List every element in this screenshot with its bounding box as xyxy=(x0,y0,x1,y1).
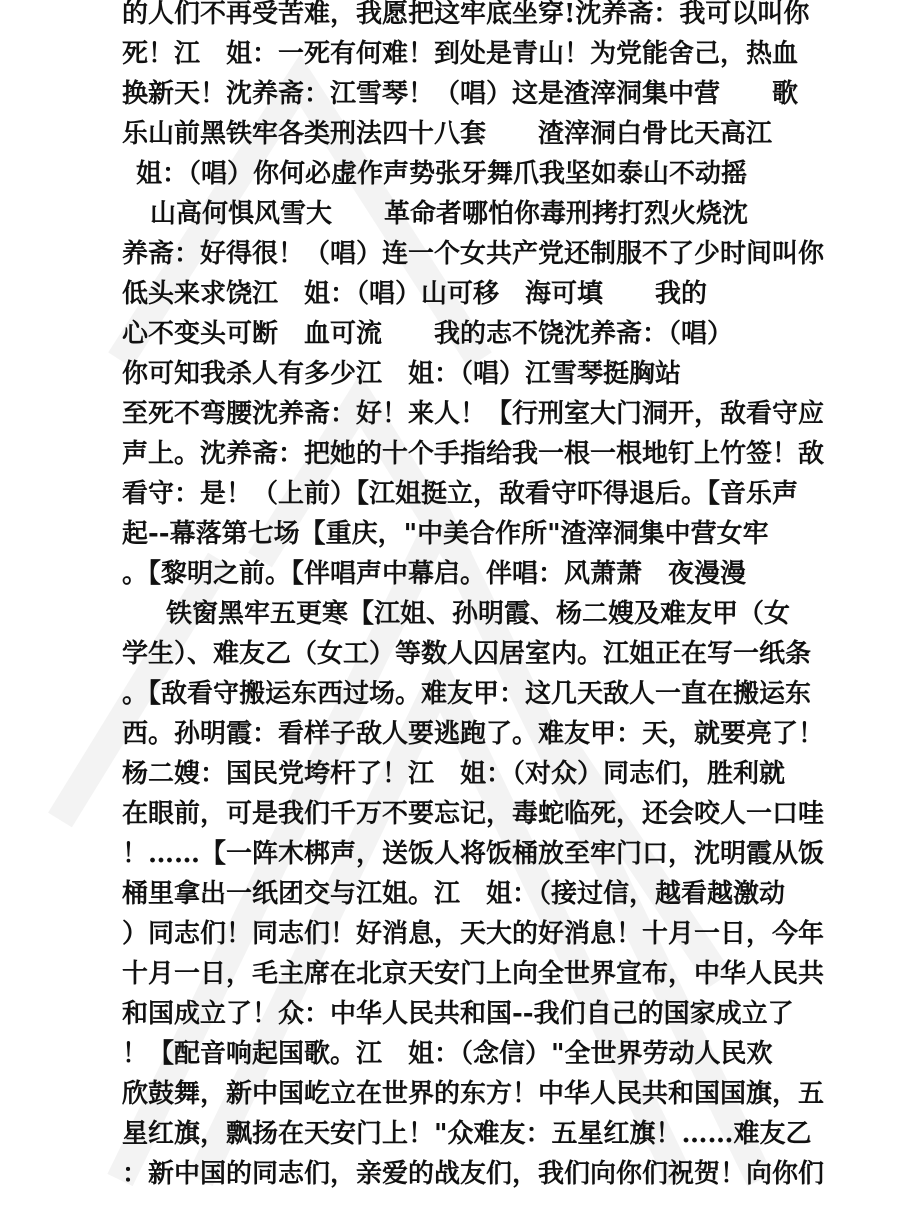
text-line: 。【黎明之前。【伴唱声中幕启。伴唱：风萧萧 夜漫漫 xyxy=(122,554,746,594)
text-line: 至死不弯腰沈养斋：好！来人！【行刑室大门洞开，敌看守应 xyxy=(122,394,824,434)
text-line: 起--幕落第七场【重庆，"中美合作所"渣滓洞集中营女牢 xyxy=(122,514,769,554)
text-line: ！……【一阵木梆声，送饭人将饭桶放至牢门口，沈明霞从饭 xyxy=(122,834,824,874)
text-line: 在眼前，可是我们千万不要忘记，毒蛇临死，还会咬人一口哇 xyxy=(122,794,824,834)
text-line: 西。孙明霞：看样子敌人要逃跑了。难友甲：天，就要亮了！ xyxy=(122,714,824,754)
text-line: 山高何惧风雪大 革命者哪怕你毒刑拷打烈火烧沈 xyxy=(150,194,748,234)
text-line: 乐山前黑铁牢各类刑法四十八套 渣滓洞白骨比天高江 xyxy=(122,114,772,154)
text-line: 声上。沈养斋：把她的十个手指给我一根一根地钉上竹签！敌 xyxy=(122,434,824,474)
text-line: 低头来求饶江 姐：（唱）山可移 海可填 我的 xyxy=(122,274,707,314)
document-page: 的人们不再受苦难，我愿把这牢底坐穿!沈养斋：我可以叫你死！江 姐：一死有何难！到… xyxy=(0,0,900,1205)
text-line: 你可知我杀人有多少江 姐：（唱）江雪琴挺胸站 xyxy=(122,354,681,394)
text-line: 铁窗黑牢五更寒【江姐、孙明霞、杨二嫂及难友甲（女 xyxy=(166,594,790,634)
text-line: 的人们不再受苦难，我愿把这牢底坐穿!沈养斋：我可以叫你 xyxy=(122,0,809,34)
text-line: 和国成立了！众：中华人民共和国--我们自己的国家成立了 xyxy=(122,994,794,1034)
text-line: 换新天！沈养斋：江雪琴！（唱）这是渣滓洞集中营 歌 xyxy=(122,74,798,114)
text-line: 桶里拿出一纸团交与江姐。江 姐：（接过信，越看越激动 xyxy=(122,874,785,914)
text-line: 星红旗，飘扬在天安门上！"众难友：五星红旗！……难友乙 xyxy=(122,1114,812,1154)
text-line: ！【配音响起国歌。江 姐：（念信）"全世界劳动人民欢 xyxy=(122,1034,773,1074)
text-line: 学生）、难友乙（女工）等数人囚居室内。江姐正在写一纸条 xyxy=(122,634,811,674)
text-line: 心不变头可断 血可流 我的志不饶沈养斋：（唱） xyxy=(122,314,733,354)
text-line: 姐：（唱）你何必虚作声势张牙舞爪我坚如泰山不动摇 xyxy=(136,154,747,194)
text-line: 十月一日，毛主席在北京天安门上向全世界宣布，中华人民共 xyxy=(122,954,824,994)
text-line: 死！江 姐：一死有何难！到处是青山！为党能舍己，热血 xyxy=(122,34,798,74)
text-line: 。【敌看守搬运东西过场。难友甲：这几天敌人一直在搬运东 xyxy=(122,674,811,714)
text-line: 欣鼓舞，新中国屹立在世界的东方！中华人民共和国国旗，五 xyxy=(122,1074,824,1114)
text-line: 养斋：好得很！（唱）连一个女共产党还制服不了少时间叫你 xyxy=(122,234,824,274)
text-line: ：新中国的同志们，亲爱的战友们，我们向你们祝贺！向你们 xyxy=(122,1154,824,1194)
text-line: 杨二嫂：国民党垮杆了！江 姐：（对众）同志们，胜利就 xyxy=(122,754,785,794)
text-line: 看守：是！（上前）【江姐挺立，敌看守吓得退后。【音乐声 xyxy=(122,474,798,514)
text-line: ）同志们！同志们！好消息，天大的好消息！十月一日，今年 xyxy=(122,914,824,954)
